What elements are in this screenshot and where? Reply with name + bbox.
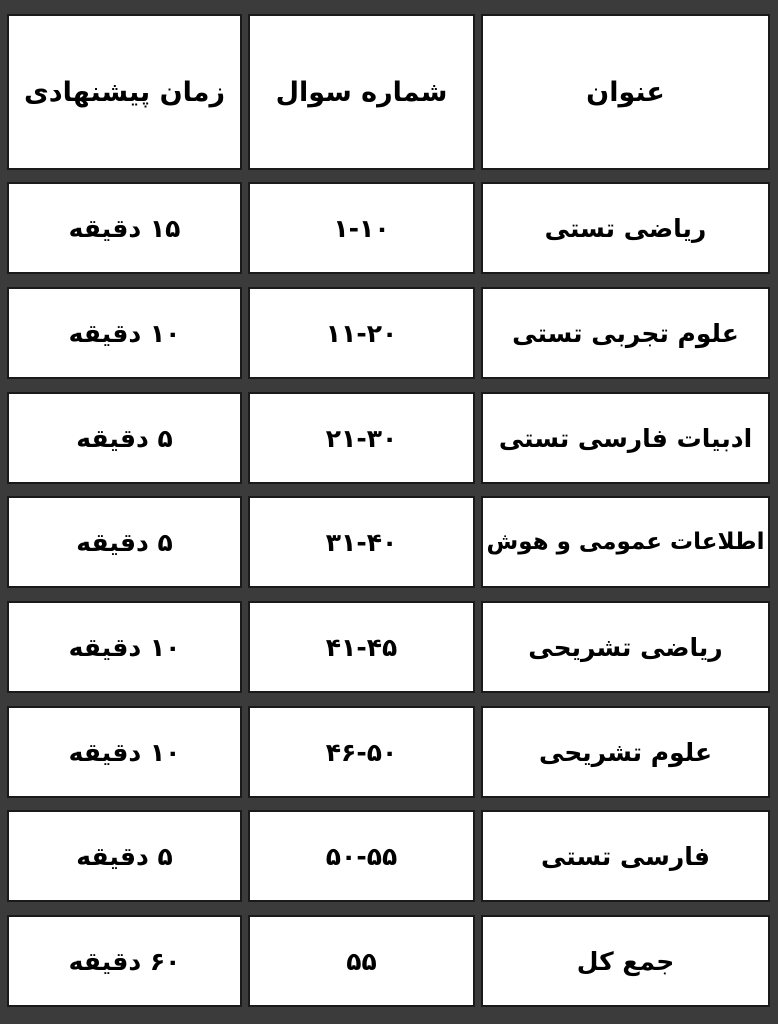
row-5-question-number: ۴۱-۴۵ (248, 601, 475, 693)
cell-text: ۴۱-۴۵ (326, 633, 397, 662)
total-label: جمع کل (481, 915, 770, 1007)
cell-text: ۱۰ دقیقه (69, 738, 181, 767)
row-2-suggested-time: ۱۰ دقیقه (7, 287, 242, 379)
header-title: عنوان (481, 14, 770, 170)
row-6-title: علوم تشریحی (481, 706, 770, 798)
cell-text: ۵ دقیقه (76, 528, 173, 557)
row-4-question-number: ۳۱-۴۰ (248, 496, 475, 588)
cell-text: ۱۱-۲۰ (326, 319, 397, 348)
cell-text: ۶۰ دقیقه (69, 947, 181, 976)
cell-text: ۱۰ دقیقه (69, 319, 181, 348)
row-3-question-number: ۲۱-۳۰ (248, 392, 475, 484)
cell-text: ۵ دقیقه (76, 424, 173, 453)
row-2-title: علوم تجربی تستی (481, 287, 770, 379)
row-3-title: ادبیات فارسی تستی (481, 392, 770, 484)
cell-text: اطلاعات عمومی و هوش (487, 529, 765, 555)
cell-text: علوم تجربی تستی (512, 319, 739, 348)
cell-text: علوم تشریحی (539, 738, 712, 767)
cell-text: جمع کل (577, 947, 674, 976)
header-question-number: شماره سوال (248, 14, 475, 170)
header-suggested-time: زمان پیشنهادی (7, 14, 242, 170)
cell-text: ۳۱-۴۰ (326, 528, 397, 557)
row-2-question-number: ۱۱-۲۰ (248, 287, 475, 379)
row-6-suggested-time: ۱۰ دقیقه (7, 706, 242, 798)
total-suggested-time: ۶۰ دقیقه (7, 915, 242, 1007)
cell-text: ۲۱-۳۰ (326, 424, 397, 453)
row-5-title: ریاضی تشریحی (481, 601, 770, 693)
row-7-suggested-time: ۵ دقیقه (7, 810, 242, 902)
cell-text: ۵ دقیقه (76, 842, 173, 871)
cell-text: ۵۵ (346, 947, 377, 976)
cell-text: ۱۰ دقیقه (69, 633, 181, 662)
row-7-title: فارسی تستی (481, 810, 770, 902)
row-3-suggested-time: ۵ دقیقه (7, 392, 242, 484)
total-question-count: ۵۵ (248, 915, 475, 1007)
cell-text: ۵۰-۵۵ (326, 842, 397, 871)
cell-text: ریاضی تشریحی (528, 633, 722, 662)
cell-text: ریاضی تستی (545, 214, 707, 243)
cell-text: ۱۵ دقیقه (69, 214, 181, 243)
row-7-question-number: ۵۰-۵۵ (248, 810, 475, 902)
cell-text: ادبیات فارسی تستی (499, 424, 752, 453)
row-4-suggested-time: ۵ دقیقه (7, 496, 242, 588)
header-question-number-label: شماره سوال (276, 77, 448, 108)
cell-text: ۱-۱۰ (333, 214, 389, 243)
row-6-question-number: ۴۶-۵۰ (248, 706, 475, 798)
row-1-title: ریاضی تستی (481, 182, 770, 274)
row-1-question-number: ۱-۱۰ (248, 182, 475, 274)
header-title-label: عنوان (586, 77, 665, 108)
cell-text: فارسی تستی (541, 842, 710, 871)
row-5-suggested-time: ۱۰ دقیقه (7, 601, 242, 693)
cell-text: ۴۶-۵۰ (326, 738, 397, 767)
row-4-title: اطلاعات عمومی و هوش (481, 496, 770, 588)
header-suggested-time-label: زمان پیشنهادی (24, 77, 225, 108)
row-1-suggested-time: ۱۵ دقیقه (7, 182, 242, 274)
